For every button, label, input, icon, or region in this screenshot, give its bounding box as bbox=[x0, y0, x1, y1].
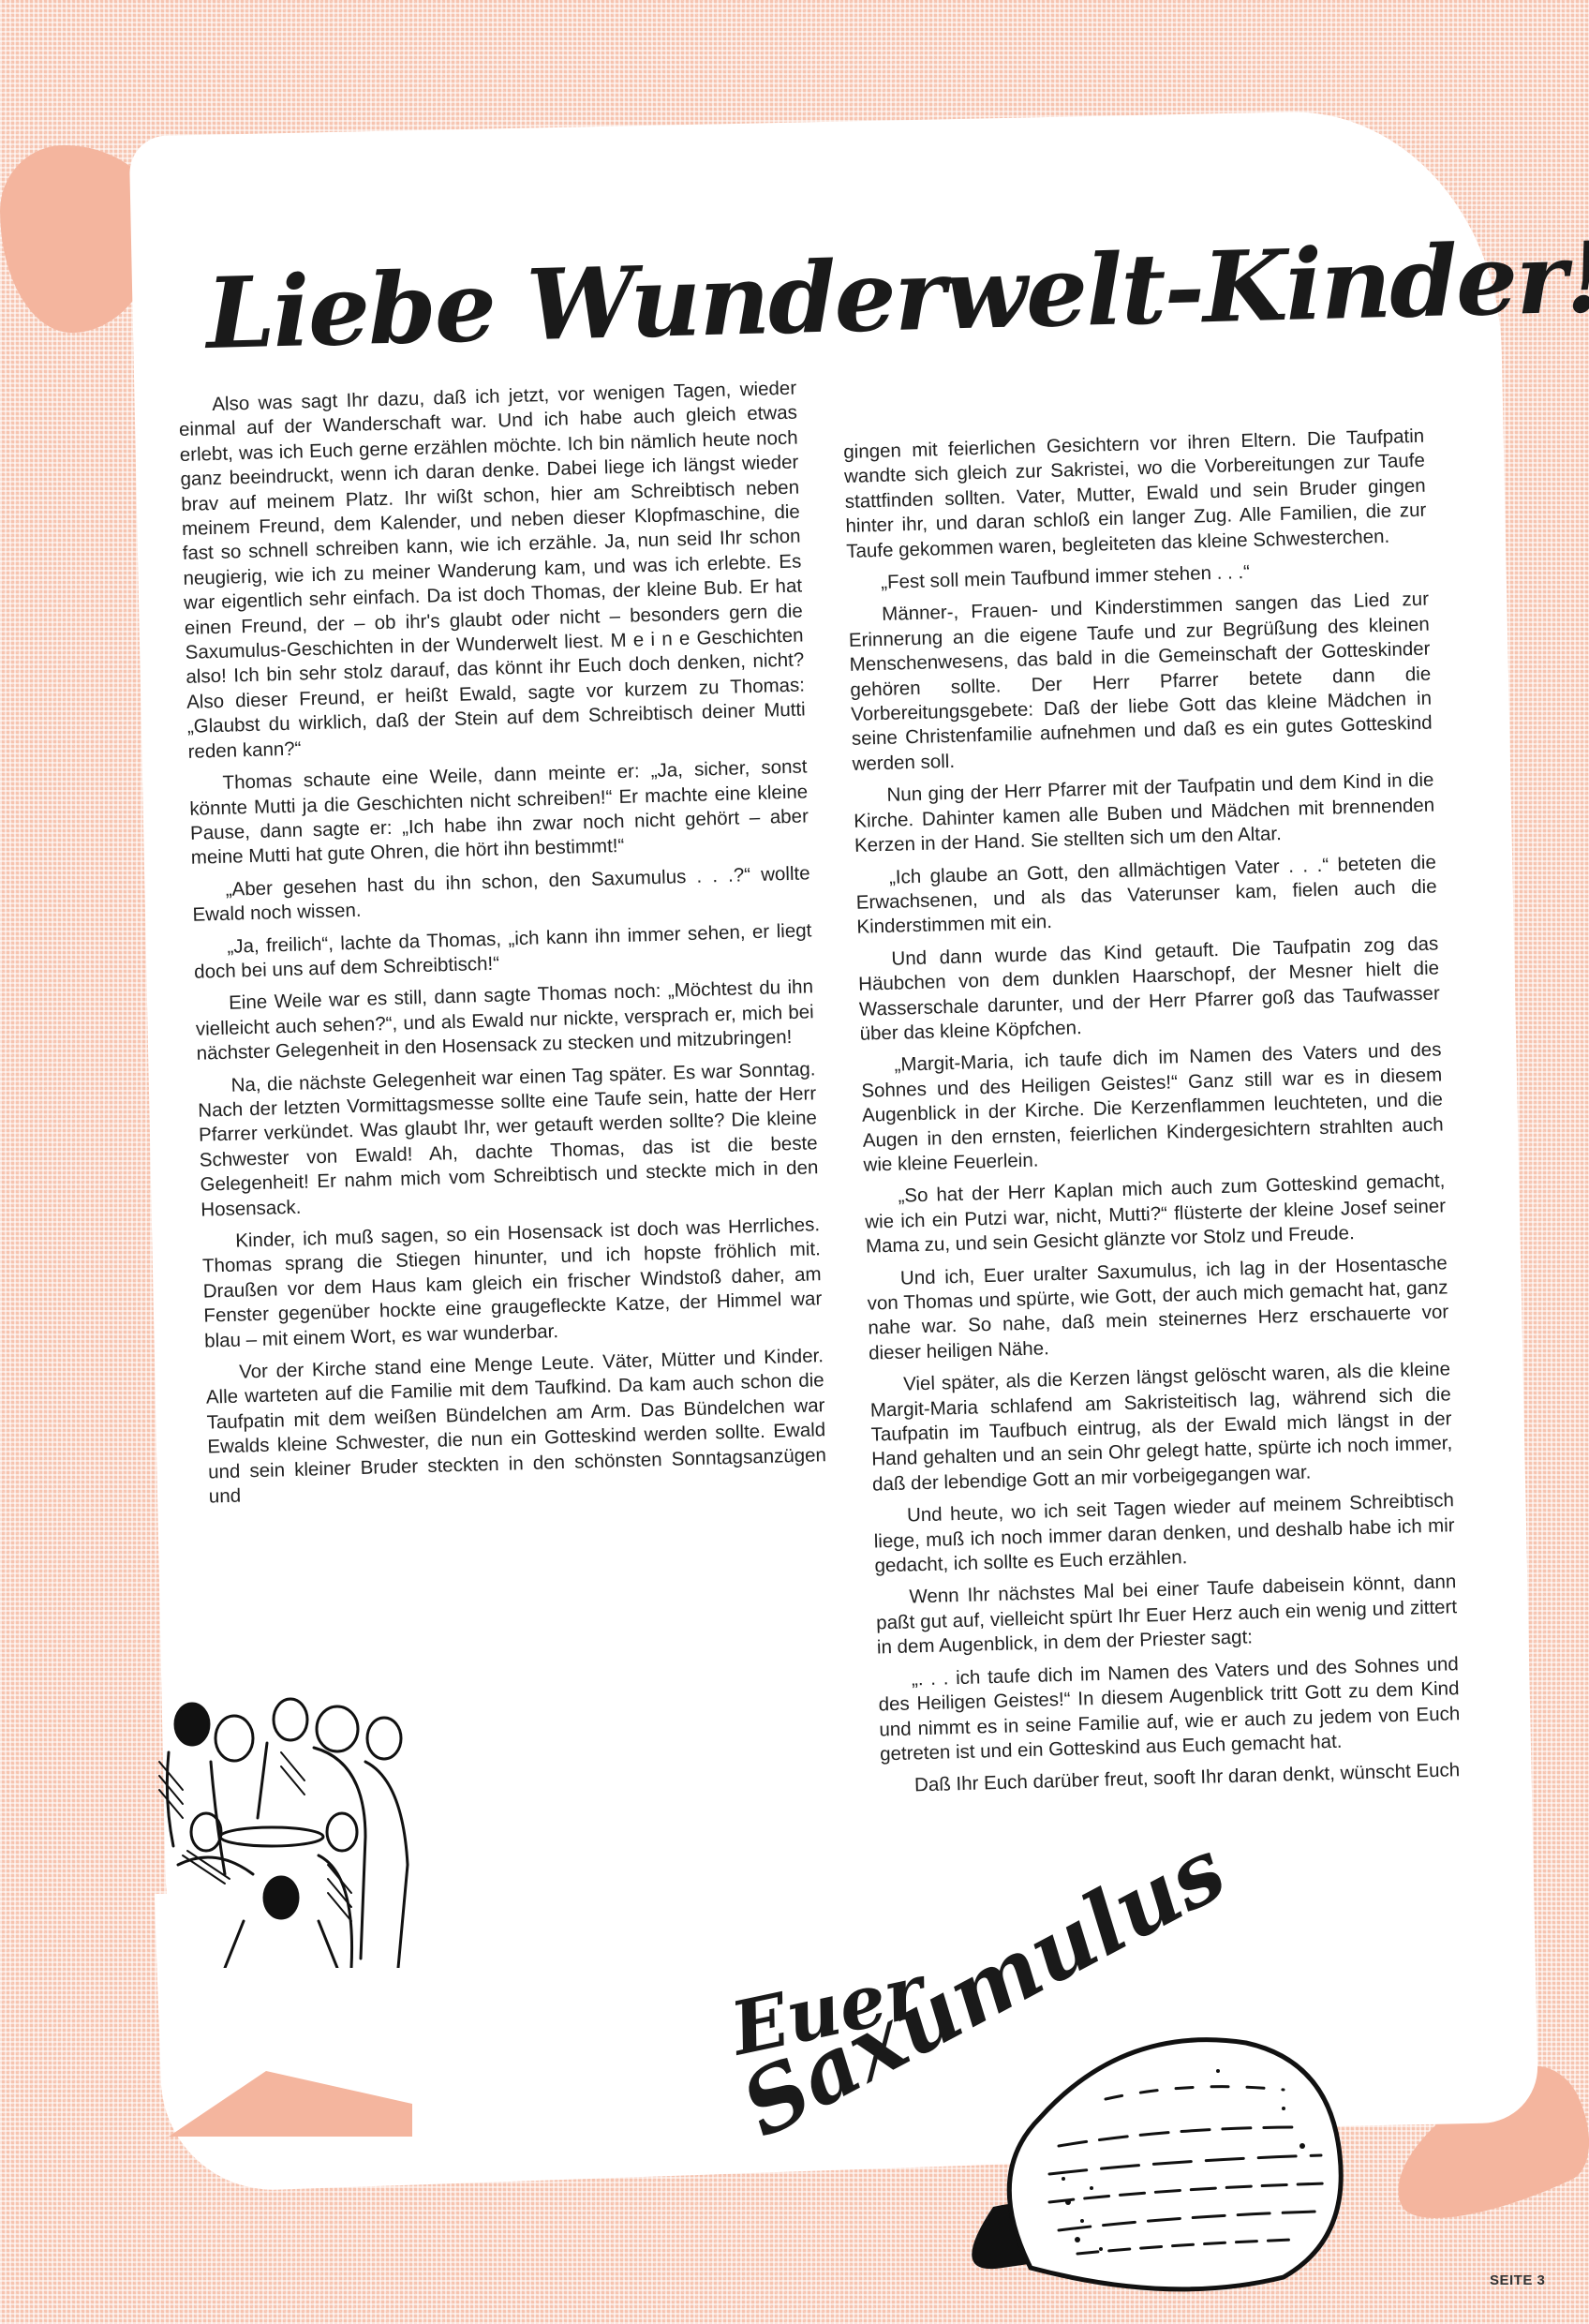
baptism-scene-icon bbox=[141, 1687, 412, 1968]
text-column-right: gingen mit feierlichen Gesichtern vor ih… bbox=[843, 425, 1462, 1807]
paragraph: Nun ging der Herr Pfarrer mit der Taufpa… bbox=[853, 768, 1435, 858]
paragraph: Und ich, Euer uralter Saxumulus, ich lag… bbox=[867, 1251, 1450, 1366]
paragraph: Eine Weile war es still, dann sagte Thom… bbox=[195, 976, 815, 1067]
paragraph: Thomas schaute eine Weile, dann meinte e… bbox=[188, 755, 809, 871]
paragraph: Na, die nächste Gelegenheit war einen Ta… bbox=[197, 1057, 819, 1223]
paragraph: Also was sagt Ihr dazu, daß ich jetzt, v… bbox=[178, 377, 807, 765]
paragraph: Viel später, als die Kerzen längst gelös… bbox=[869, 1358, 1453, 1497]
page-number: SEITE 3 bbox=[1490, 2272, 1545, 2288]
paragraph: „Ja, freilich“, lachte da Thomas, „ich k… bbox=[193, 918, 812, 985]
paragraph: „Aber gesehen hast du ihn schon, den Sax… bbox=[191, 861, 810, 928]
paragraph: „So hat der Herr Kaplan mich auch zum Go… bbox=[864, 1169, 1447, 1259]
paragraph: Männer-, Frauen- und Kinderstimmen sange… bbox=[848, 588, 1433, 777]
paragraph: Kinder, ich muß sagen, so ein Hosensack … bbox=[201, 1213, 823, 1353]
paragraph: „Ich glaube an Gott, den allmächtigen Va… bbox=[855, 850, 1438, 940]
paragraph: Wenn Ihr nächstes Mal bei einer Taufe da… bbox=[875, 1571, 1458, 1661]
paragraph: „. . . ich taufe dich im Namen des Vater… bbox=[878, 1652, 1462, 1767]
paragraph: Und heute, wo ich seit Tagen wieder auf … bbox=[873, 1488, 1456, 1578]
text-column-left: Also was sagt Ihr dazu, daß ich jetzt, v… bbox=[178, 377, 827, 1517]
paragraph: Vor der Kirche stand eine Menge Leute. V… bbox=[205, 1344, 827, 1510]
baptism-illustration bbox=[141, 1687, 412, 1968]
signature: Euer Saxumulus bbox=[731, 1949, 1218, 2249]
paragraph: „Margit-Maria, ich taufe dich im Namen d… bbox=[860, 1038, 1444, 1178]
paragraph: Und dann wurde das Kind getauft. Die Tau… bbox=[857, 931, 1441, 1047]
paragraph: gingen mit feierlichen Gesichtern vor ih… bbox=[843, 425, 1427, 564]
